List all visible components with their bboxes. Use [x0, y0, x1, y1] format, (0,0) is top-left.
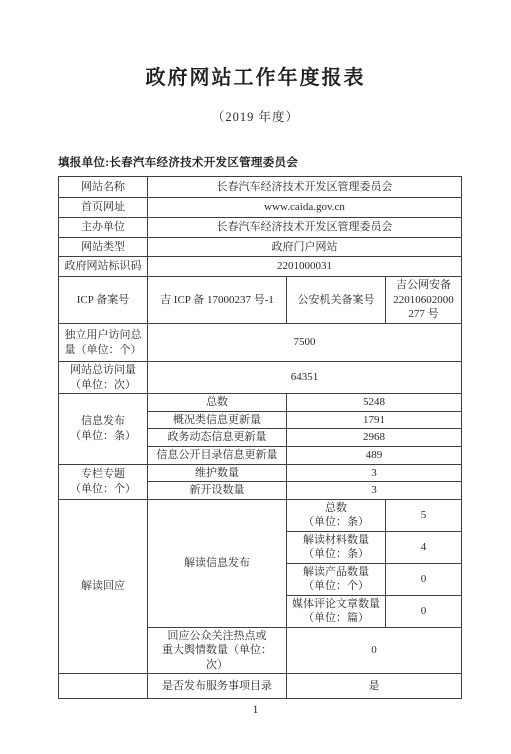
table-row-site-name: 网站名称 长春汽车经济技术开发区管理委员会	[59, 177, 462, 198]
police-record-label-cell: 公安机关备案号	[287, 277, 386, 324]
page-subtitle: （2019 年度）	[0, 107, 511, 125]
interpret-item-label-cell: 解读材料数量 （单位：条）	[287, 531, 386, 563]
interpret-item-value-cell: 4	[386, 531, 462, 563]
site-name-value-cell: 长春汽车经济技术开发区管理委员会	[148, 177, 462, 198]
interpret-item-label-cell: 总数 （单位：条）	[287, 499, 386, 531]
page-number: 1	[0, 704, 511, 716]
special-columns-item-label-cell: 新开设数量	[148, 482, 287, 500]
site-type-value-cell: 政府门户网站	[148, 238, 462, 257]
reporting-unit-line: 填报单位:长春汽车经济技术开发区管理委员会	[58, 154, 298, 170]
special-columns-item-value-cell: 3	[287, 464, 462, 482]
special-columns-section-label-cell: 专栏专题 （单位：个）	[59, 464, 148, 499]
info-publish-section-label-cell: 信息发布 （单位：条）	[59, 394, 148, 465]
table-row-homepage: 首页网址 www.caida.gov.cn	[59, 198, 462, 218]
table-row-site-type: 网站类型 政府门户网站	[59, 238, 462, 257]
info-publish-item-label-cell: 概况类信息更新量	[148, 411, 287, 429]
info-publish-item-value-cell: 489	[287, 447, 462, 465]
sponsor-value-cell: 长春汽车经济技术开发区管理委员会	[148, 218, 462, 238]
site-type-label-cell: 网站类型	[59, 238, 148, 257]
table-row-total-visits: 网站总访问量 （单位：次） 64351	[59, 362, 462, 394]
empty-cell	[59, 674, 148, 699]
police-record-value-cell: 吉公网安备 22010602000 277 号	[386, 277, 462, 324]
table-row-info-publish-total: 信息发布 （单位：条） 总数 5248	[59, 394, 462, 412]
document-page: 政府网站工作年度报表 （2019 年度） 填报单位:长春汽车经济技术开发区管理委…	[0, 0, 511, 754]
site-code-value-cell: 2201000031	[148, 257, 462, 277]
total-visits-label-cell: 网站总访问量 （单位：次）	[59, 362, 148, 394]
interpret-item-value-cell: 5	[386, 499, 462, 531]
unique-visitors-label-cell: 独立用户访问总 量（单位：个）	[59, 324, 148, 362]
info-publish-item-value-cell: 5248	[287, 394, 462, 412]
site-name-label-cell: 网站名称	[59, 177, 148, 198]
service-catalog-label-cell: 是否发布服务事项目录	[148, 674, 287, 699]
table-row-sponsor: 主办单位 长春汽车经济技术开发区管理委员会	[59, 218, 462, 238]
info-publish-item-value-cell: 2968	[287, 429, 462, 447]
info-publish-item-label-cell: 总数	[148, 394, 287, 412]
hotspot-label-cell: 回应公众关注热点或 重大舆情数量（单位： 次）	[148, 627, 287, 674]
info-publish-item-label-cell: 政务动态信息更新量	[148, 429, 287, 447]
table-row-special-maintain: 专栏专题 （单位：个） 维护数量 3	[59, 464, 462, 482]
service-catalog-value-cell: 是	[287, 674, 462, 699]
icp-label-cell: ICP 备案号	[59, 277, 148, 324]
interpret-item-value-cell: 0	[386, 595, 462, 627]
info-publish-item-label-cell: 信息公开目录信息更新量	[148, 447, 287, 465]
homepage-value-cell: www.caida.gov.cn	[148, 198, 462, 218]
interpret-item-label-cell: 解读产品数量 （单位：个）	[287, 563, 386, 595]
site-code-label-cell: 政府网站标识码	[59, 257, 148, 277]
interpret-response-section-label-cell: 解读回应	[59, 499, 148, 674]
homepage-label-cell: 首页网址	[59, 198, 148, 218]
special-columns-item-label-cell: 维护数量	[148, 464, 287, 482]
info-publish-item-value-cell: 1791	[287, 411, 462, 429]
total-visits-value-cell: 64351	[148, 362, 462, 394]
unique-visitors-value-cell: 7500	[148, 324, 462, 362]
interpret-item-value-cell: 0	[386, 563, 462, 595]
annual-report-table: 网站名称 长春汽车经济技术开发区管理委员会 首页网址 www.caida.gov…	[58, 176, 462, 699]
hotspot-value-cell: 0	[287, 627, 462, 674]
interpret-item-label-cell: 媒体评论文章数量 （单位：篇）	[287, 595, 386, 627]
special-columns-item-value-cell: 3	[287, 482, 462, 500]
page-title: 政府网站工作年度报表	[0, 61, 511, 90]
table-row-unique-visitors: 独立用户访问总 量（单位：个） 7500	[59, 324, 462, 362]
table-row-service-catalog: 是否发布服务事项目录 是	[59, 674, 462, 699]
icp-value-cell: 吉 ICP 备 17000237 号-1	[148, 277, 287, 324]
table-row-icp: ICP 备案号 吉 ICP 备 17000237 号-1 公安机关备案号 吉公网…	[59, 277, 462, 324]
table-row-interpret-total: 解读回应 解读信息发布 总数 （单位：条） 5	[59, 499, 462, 531]
table-row-site-code: 政府网站标识码 2201000031	[59, 257, 462, 277]
sponsor-label-cell: 主办单位	[59, 218, 148, 238]
interpret-publish-label-cell: 解读信息发布	[148, 499, 287, 627]
